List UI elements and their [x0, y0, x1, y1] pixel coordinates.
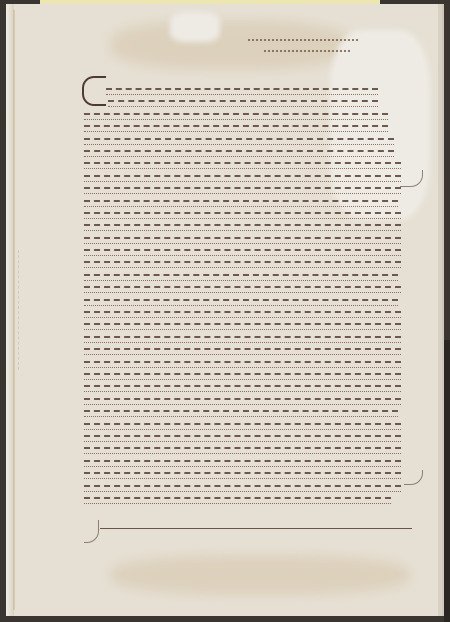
page-edge	[438, 4, 442, 616]
text-line	[84, 171, 414, 183]
text-line	[84, 146, 414, 158]
text-line	[84, 443, 414, 455]
gutter-stain	[13, 10, 15, 610]
scan-background	[444, 340, 450, 622]
text-line	[84, 481, 414, 493]
text-line	[84, 431, 414, 443]
text-line	[84, 319, 414, 331]
stain	[110, 555, 410, 595]
text-line	[84, 270, 414, 282]
text-line	[84, 84, 414, 96]
text-line	[84, 257, 414, 269]
text-line	[84, 394, 414, 406]
text-line	[84, 307, 414, 319]
text-line	[84, 245, 414, 257]
text-line	[84, 183, 414, 195]
text-line	[84, 357, 414, 369]
text-line	[84, 158, 414, 170]
text-line	[84, 121, 414, 133]
text-line	[84, 406, 414, 418]
text-line	[84, 134, 414, 146]
text-line	[84, 493, 414, 505]
text-line	[84, 96, 414, 108]
text-line	[84, 419, 414, 431]
text-line	[84, 344, 414, 356]
text-line	[84, 369, 414, 381]
text-line	[84, 196, 414, 208]
text-line	[84, 220, 414, 232]
text-line	[84, 456, 414, 468]
text-line	[84, 208, 414, 220]
manuscript-body-text	[84, 84, 414, 505]
document-heading	[248, 30, 358, 56]
faded-marginalia	[18, 250, 69, 370]
closing-rule	[100, 528, 412, 529]
text-line	[84, 468, 414, 480]
text-line	[84, 381, 414, 393]
text-line	[84, 282, 414, 294]
text-line	[84, 233, 414, 245]
paper-damage	[170, 12, 220, 42]
text-line	[84, 109, 414, 121]
text-line	[84, 332, 414, 344]
text-line	[84, 295, 414, 307]
